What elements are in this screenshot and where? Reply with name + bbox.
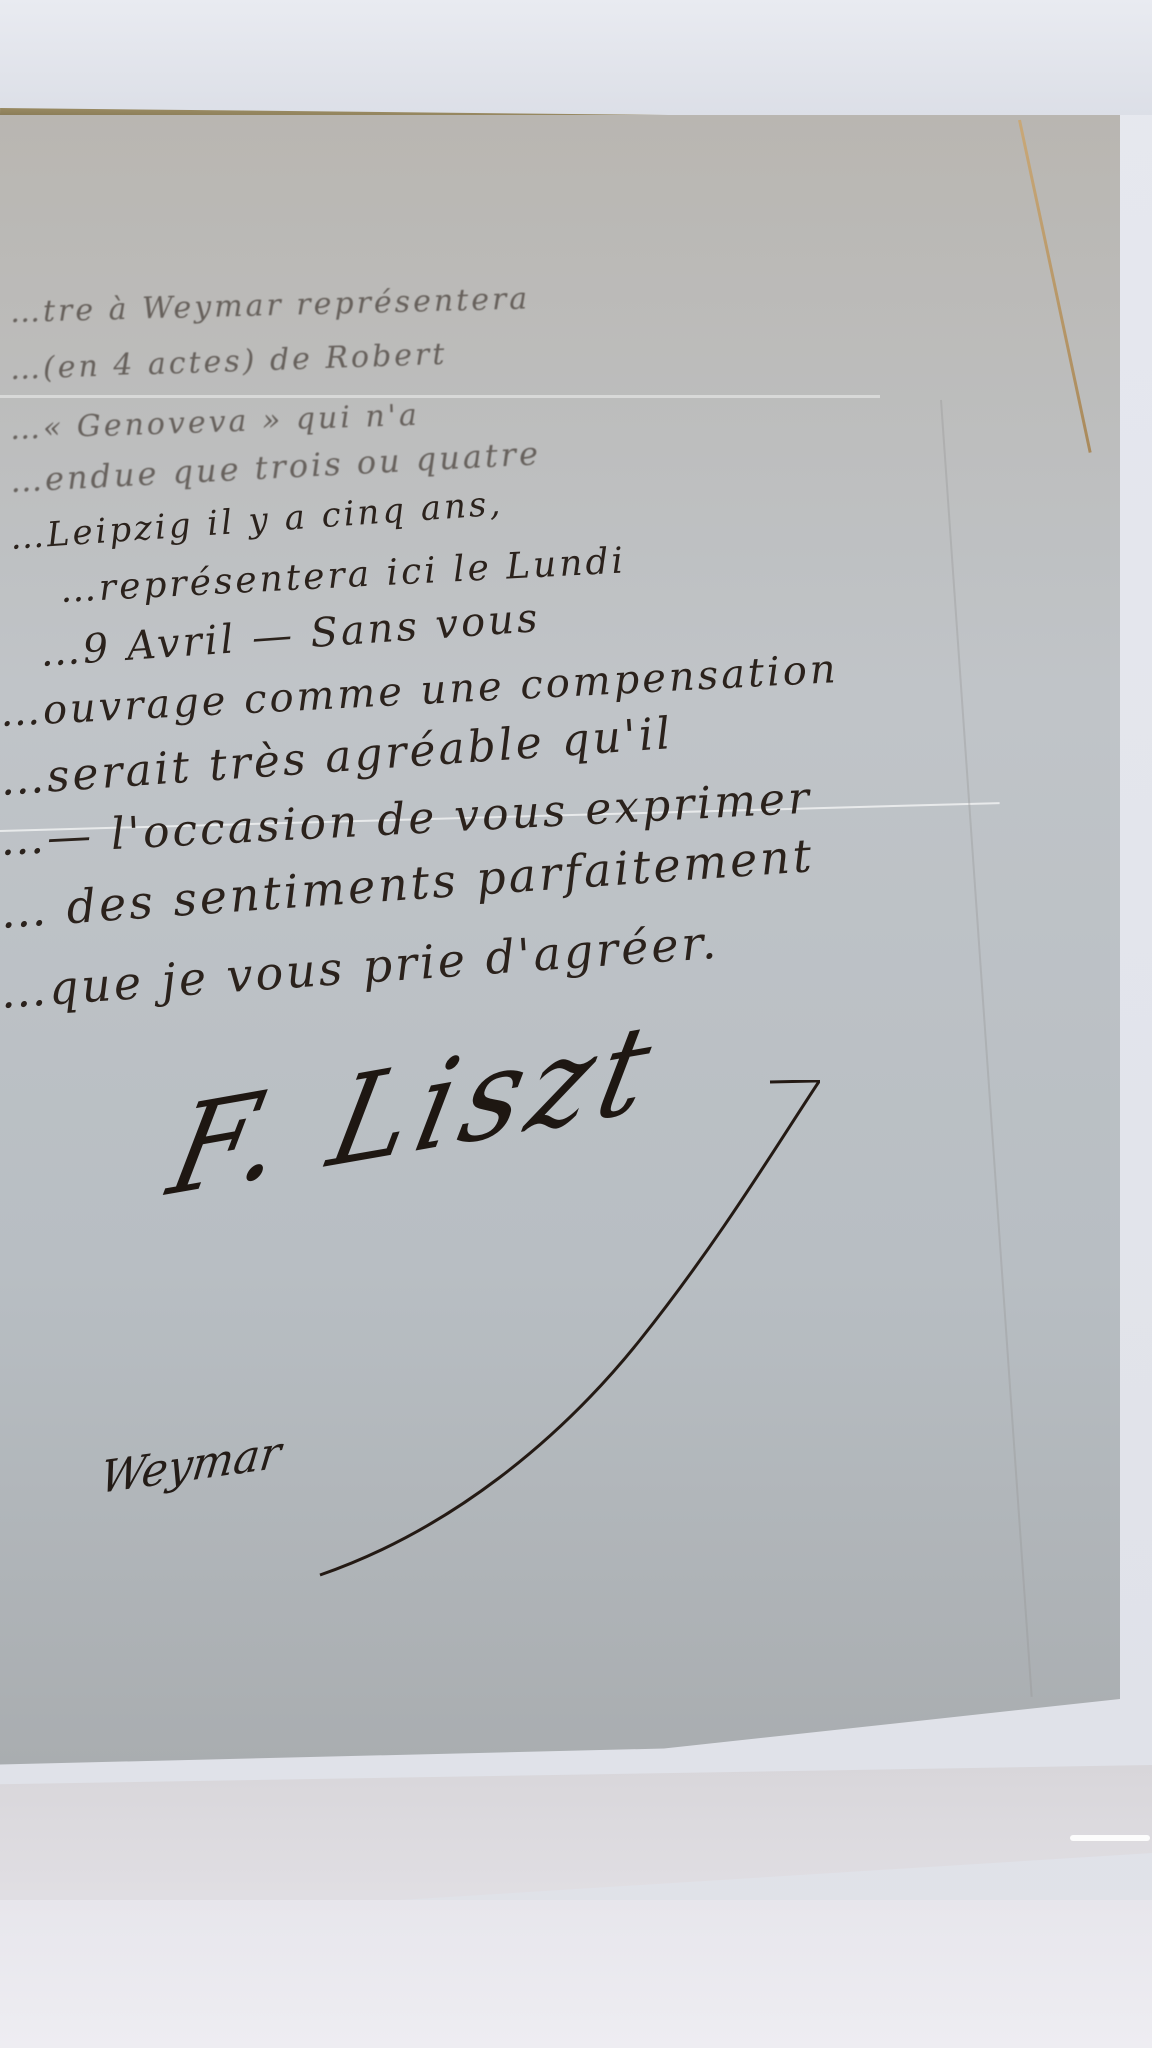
table-surface: [0, 1900, 1152, 2048]
paper-fold-upper: [0, 395, 880, 398]
backing-sheet-top: [0, 0, 1152, 115]
light-glare: [1070, 1835, 1150, 1841]
signature-flourish: [300, 1080, 820, 1580]
